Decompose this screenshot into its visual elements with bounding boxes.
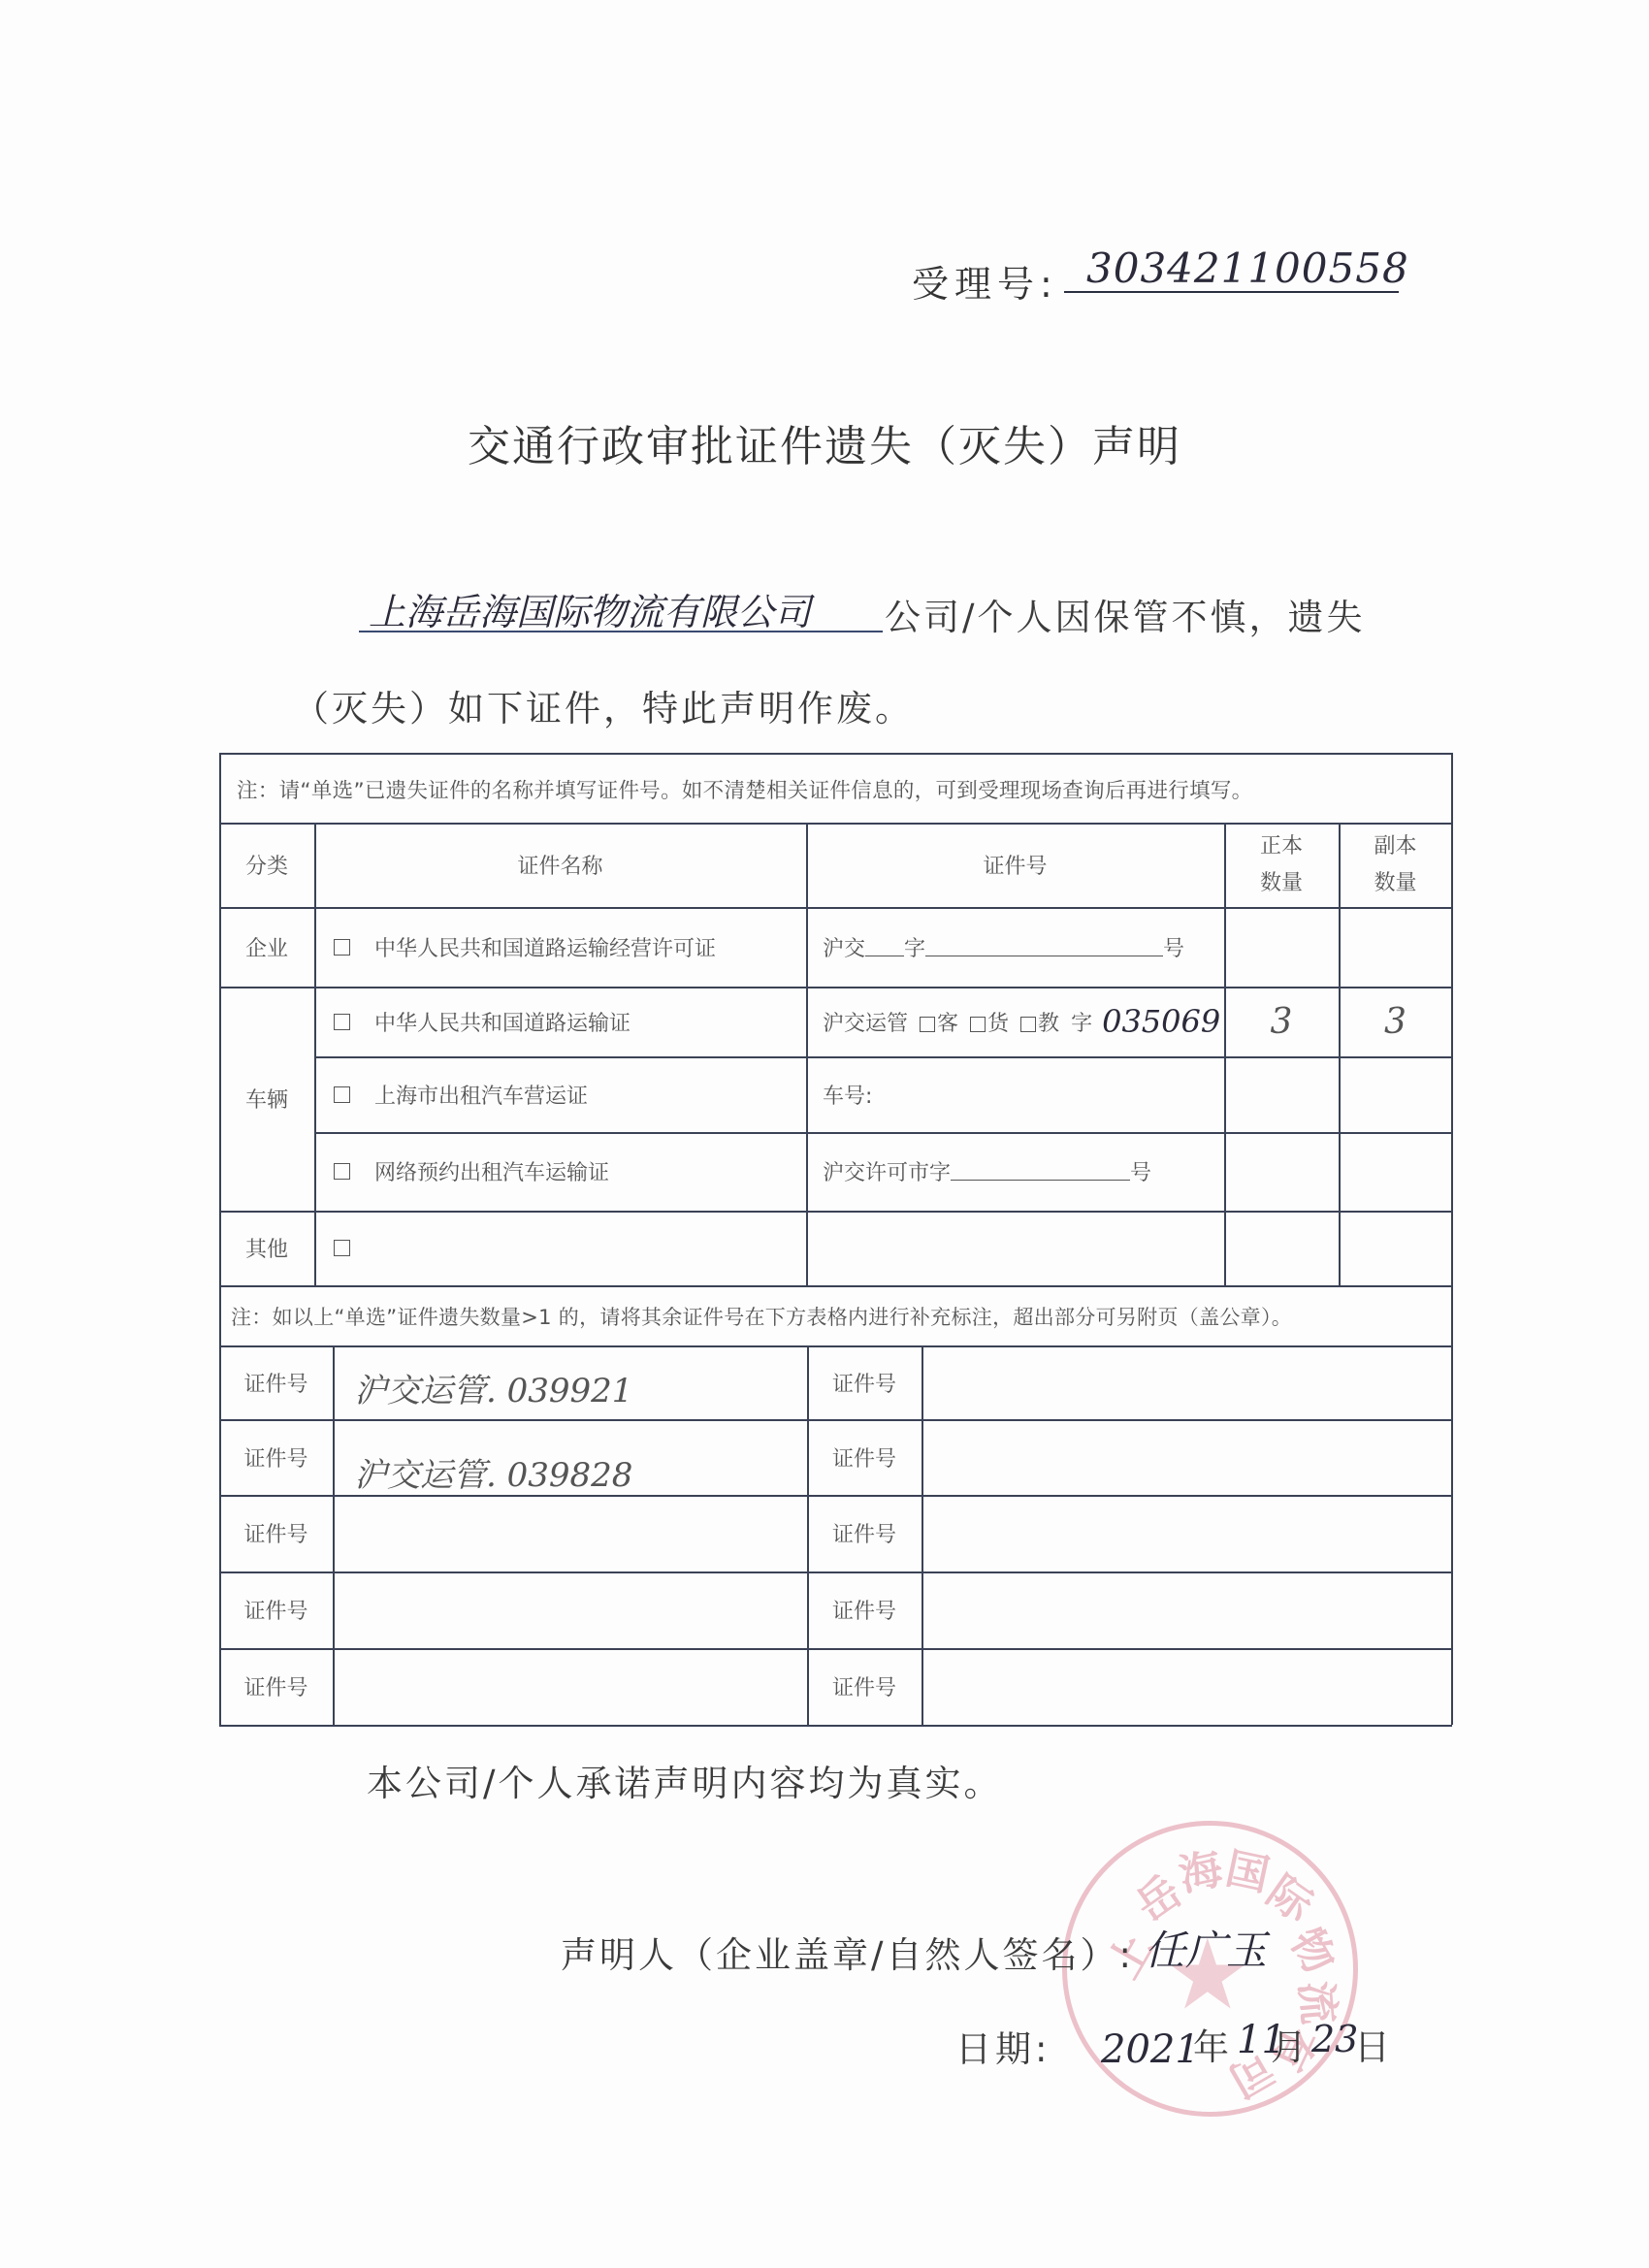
date-month-unit: 月 xyxy=(1271,2018,1307,2070)
option-training[interactable]: 教 xyxy=(1020,1007,1059,1037)
declarant-signature[interactable]: 任广玉 xyxy=(1145,1919,1267,1977)
supplement-value-right[interactable] xyxy=(921,1648,1451,1725)
cert-no-prefix: 沪交 xyxy=(823,932,865,962)
supplement-label: 证件号 xyxy=(219,1571,333,1648)
date-year[interactable]: 2021 xyxy=(1101,2027,1200,2072)
supplement-label: 证件号 xyxy=(807,1345,921,1419)
table-note-bottom: 注：如以上“单选”证件遗失数量>1 的，请将其余证件号在下方表格内进行补充标注，… xyxy=(231,1287,1448,1345)
cert-no-handwritten[interactable]: 035069 xyxy=(1102,1003,1220,1040)
supplement-label: 证件号 xyxy=(807,1419,921,1495)
header-copy-qty: 副本 数量 xyxy=(1339,823,1452,907)
checkbox[interactable] xyxy=(334,1086,350,1103)
header-copy-qty-line1: 副本 xyxy=(1374,828,1416,865)
header-category: 分类 xyxy=(219,823,314,907)
cert-option-ride-hailing[interactable]: 网络预约出租汽车运输证 xyxy=(334,1132,806,1211)
supplement-value-right[interactable] xyxy=(921,1419,1451,1495)
blank-field[interactable] xyxy=(865,938,904,956)
supplement-value-right[interactable] xyxy=(921,1495,1451,1571)
blank-field[interactable] xyxy=(925,938,1163,956)
supplement-label: 证件号 xyxy=(219,1345,333,1419)
declaration-text-line1: 公司/个人因保管不慎，遗失 xyxy=(885,588,1365,640)
receipt-number-label: 受理号: xyxy=(912,254,1058,308)
supplement-label: 证件号 xyxy=(219,1419,333,1495)
cert-no-prefix: 沪交运管 xyxy=(823,1007,908,1037)
supplement-value-left[interactable] xyxy=(333,1571,807,1648)
cert-name: 中华人民共和国道路运输证 xyxy=(374,1007,630,1037)
company-name-field[interactable]: 上海岳海国际物流有限公司 xyxy=(369,582,873,635)
cert-no-prefix: 沪交许可市字 xyxy=(823,1156,951,1186)
cert-no-taxi-permit[interactable]: 车号: xyxy=(823,1056,1224,1132)
cert-no-mid: 字 xyxy=(1071,1007,1092,1037)
header-original-qty-line2: 数量 xyxy=(1260,865,1303,902)
supplement-label: 证件号 xyxy=(219,1495,333,1571)
header-cert-no: 证件号 xyxy=(806,823,1224,907)
cert-no-suffix: 号 xyxy=(1130,1156,1151,1186)
cert-no-business-license[interactable]: 沪交 字 号 xyxy=(823,907,1224,987)
table-note-top: 注：请“单选”已遗失证件的名称并填写证件号。如不清楚相关证件信息的，可到受理现场… xyxy=(237,755,1439,823)
checkbox[interactable] xyxy=(334,1240,350,1256)
blank-field[interactable] xyxy=(951,1162,1130,1181)
cert-name: 网络预约出租汽车运输证 xyxy=(374,1156,609,1186)
cert-option-other[interactable] xyxy=(334,1211,806,1285)
copy-qty-road-transport[interactable]: 3 xyxy=(1339,987,1452,1056)
date-day[interactable]: 23 xyxy=(1311,2018,1358,2060)
header-copy-qty-line2: 数量 xyxy=(1374,865,1416,902)
header-cert-name: 证件名称 xyxy=(314,823,806,907)
category-vehicle: 车辆 xyxy=(219,987,314,1211)
supplement-label: 证件号 xyxy=(807,1571,921,1648)
cert-option-taxi-permit[interactable]: 上海市出租汽车营运证 xyxy=(334,1056,806,1132)
option-passenger[interactable]: 客 xyxy=(920,1007,958,1037)
supplement-value-left[interactable] xyxy=(333,1648,807,1725)
receipt-number-value[interactable]: 303421100558 xyxy=(1086,244,1409,292)
header-original-qty: 正本 数量 xyxy=(1224,823,1339,907)
supplement-value-left[interactable]: 沪交运管. 039921 xyxy=(354,1350,807,1424)
cert-name: 上海市出租汽车营运证 xyxy=(374,1080,588,1110)
option-label: 教 xyxy=(1038,1012,1059,1036)
cert-no-road-transport[interactable]: 沪交运管 客 货 教 字 035069 xyxy=(823,987,1240,1056)
checkbox[interactable] xyxy=(970,1017,986,1032)
date-day-unit: 日 xyxy=(1354,2018,1390,2070)
supplement-value-right[interactable] xyxy=(921,1571,1451,1648)
date-label: 日期: xyxy=(955,2020,1051,2072)
header-original-qty-line1: 正本 xyxy=(1260,828,1303,865)
supplement-label: 证件号 xyxy=(219,1648,333,1725)
checkbox[interactable] xyxy=(334,1163,350,1180)
cert-option-road-transport[interactable]: 中华人民共和国道路运输证 xyxy=(334,987,806,1056)
category-other: 其他 xyxy=(219,1211,314,1285)
checkbox[interactable] xyxy=(334,1014,350,1030)
page-title: 交通行政审批证件遗失（灭失）声明 xyxy=(0,411,1649,473)
option-freight[interactable]: 货 xyxy=(970,1007,1009,1037)
table-border xyxy=(219,1725,1452,1727)
checkbox[interactable] xyxy=(334,939,350,956)
supplement-label: 证件号 xyxy=(807,1648,921,1725)
promise-statement: 本公司/个人承诺声明内容均为真实。 xyxy=(367,1754,1002,1806)
cert-no-suffix: 号 xyxy=(1163,932,1184,962)
declarant-label: 声明人（企业盖章/自然人签名）: xyxy=(561,1926,1134,1978)
option-label: 客 xyxy=(937,1012,958,1036)
cert-no-ride-hailing[interactable]: 沪交许可市字 号 xyxy=(823,1132,1224,1211)
category-enterprise: 企业 xyxy=(219,907,314,987)
original-qty-road-transport[interactable]: 3 xyxy=(1224,987,1339,1056)
cert-option-business-license[interactable]: 中华人民共和国道路运输经营许可证 xyxy=(334,907,806,987)
date-year-unit: 年 xyxy=(1193,2018,1229,2070)
cert-no-prefix: 车号: xyxy=(823,1080,872,1110)
company-name-underline xyxy=(359,631,883,632)
option-label: 货 xyxy=(987,1012,1009,1036)
cert-name: 中华人民共和国道路运输经营许可证 xyxy=(374,932,716,962)
cert-no-mid: 字 xyxy=(904,932,925,962)
supplement-label: 证件号 xyxy=(807,1495,921,1571)
checkbox[interactable] xyxy=(920,1017,935,1032)
declaration-text-line2: （灭失）如下证件，特此声明作废。 xyxy=(293,679,914,731)
checkbox[interactable] xyxy=(1020,1017,1036,1032)
supplement-value-left[interactable] xyxy=(333,1495,807,1571)
supplement-value-right[interactable] xyxy=(921,1345,1451,1419)
